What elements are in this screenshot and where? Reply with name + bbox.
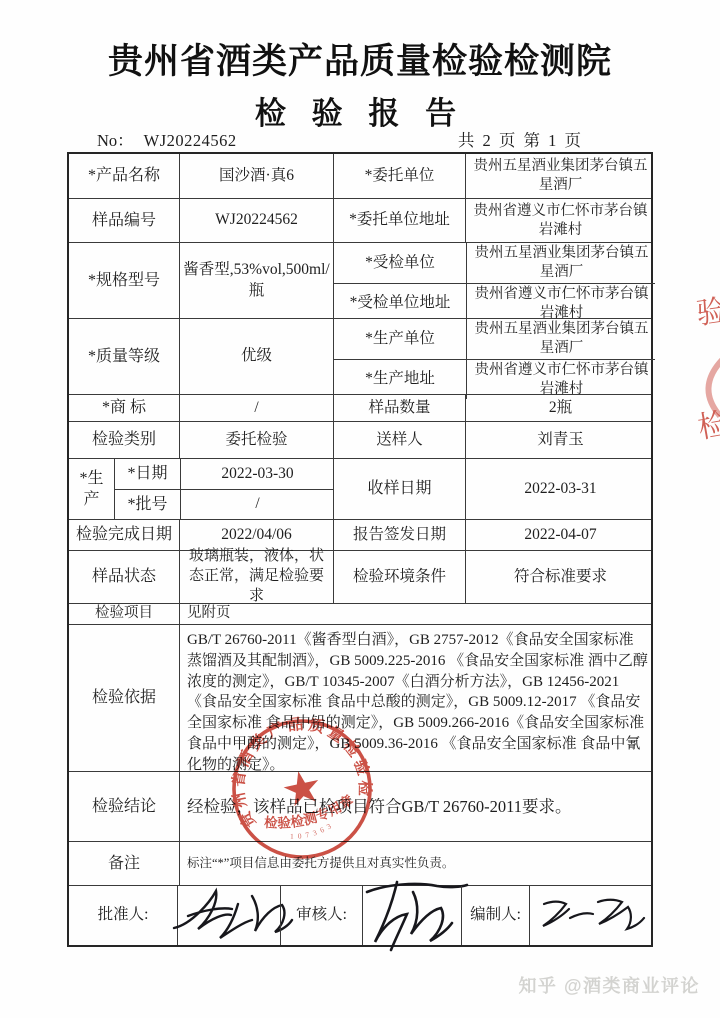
table-row: 样品编号 WJ20224562 *委托单位地址 贵州省遵义市仁怀市茅台镇岩滩村 — [69, 198, 651, 242]
production-batch-value: / — [180, 490, 334, 520]
inspected-addr-label: *受检单位地址 — [334, 284, 466, 324]
edge-stamp-char-top: 验 — [694, 294, 720, 331]
items-label: 检验项目 — [69, 604, 179, 624]
trademark-label: *商 标 — [69, 395, 179, 421]
category-label: 检验类别 — [69, 422, 179, 458]
conclusion-label: 检验结论 — [69, 772, 179, 841]
basis-label: 检验依据 — [69, 625, 179, 771]
client-addr-label: *委托单位地址 — [333, 199, 465, 242]
sender-label: 送样人 — [333, 422, 465, 458]
spec-label: *规格型号 — [69, 243, 179, 318]
received-label: 收样日期 — [333, 459, 465, 519]
issued-value: 2022-04-07 — [465, 520, 655, 550]
items-value: 见附页 — [179, 604, 655, 624]
trademark-value: / — [179, 395, 333, 421]
table-row: *商 标 / 样品数量 2瓶 — [69, 394, 651, 421]
table-row: 样品状态 玻璃瓶装，液体，状态正常，满足检验要求 检验环境条件 符合标准要求 — [69, 550, 651, 603]
category-value: 委托检验 — [179, 422, 333, 458]
page-count: 共 2 页 第 1 页 — [458, 127, 583, 151]
completed-value: 2022/04/06 — [179, 520, 333, 550]
production-date-label: *日期 — [115, 459, 180, 489]
report-no-label: No： — [97, 131, 134, 150]
table-row: *质量等级 优级 *生产单位 贵州五星酒业集团茅台镇五星酒厂 *生产地址 贵州省… — [69, 318, 651, 394]
client-label: *委托单位 — [333, 154, 465, 198]
reviewer-label: 审核人: — [280, 886, 362, 945]
table-row: *产品名称 国沙酒·真6 *委托单位 贵州五星酒业集团茅台镇五星酒厂 — [69, 154, 651, 198]
basis-value: GB/T 26760-2011《酱香型白酒》，GB 2757-2012《食品安全… — [179, 625, 655, 771]
sample-no-label: 样品编号 — [69, 199, 179, 242]
table-row: *生产 *日期 2022-03-30 *批号 / 收样日期 2022-03-31 — [69, 458, 651, 519]
table-row: 检验依据 GB/T 26760-2011《酱香型白酒》，GB 2757-2012… — [69, 624, 651, 771]
edge-stamp-arc — [708, 360, 720, 416]
report-no: No：WJ20224562 — [97, 127, 237, 151]
remark-label: 备注 — [69, 842, 179, 885]
quantity-label: 样品数量 — [333, 395, 465, 421]
production-label: *生产 — [69, 459, 114, 519]
production-stack: *日期 2022-03-30 *批号 / — [114, 459, 333, 519]
producer-addr-value: 贵州省遵义市仁怀市茅台镇岩滩村 — [466, 360, 656, 400]
grade-label: *质量等级 — [69, 319, 179, 394]
signature-row: 批准人: 审核人: 编制人: — [69, 885, 651, 945]
received-value: 2022-03-31 — [465, 459, 655, 519]
table-row: 检验项目 见附页 — [69, 603, 651, 624]
quantity-value: 2瓶 — [465, 395, 655, 421]
conclusion-value: 经检验，该样品已检项目符合GB/T 26760-2011要求。 — [179, 772, 655, 841]
approver-label: 批准人: — [69, 886, 177, 945]
sample-state-value: 玻璃瓶装，液体，状态正常，满足检验要求 — [179, 551, 333, 603]
reviewer-signature — [362, 886, 461, 945]
table-row: 检验结论 经检验，该样品已检项目符合GB/T 26760-2011要求。 — [69, 771, 651, 841]
inspected-unit-stack: *受检单位 贵州五星酒业集团茅台镇五星酒厂 *受检单位地址 贵州省遵义市仁怀市茅… — [333, 243, 655, 318]
compiler-label: 编制人: — [461, 886, 529, 945]
watermark: 知乎 @酒类商业评论 — [518, 972, 700, 998]
producer-stack: *生产单位 贵州五星酒业集团茅台镇五星酒厂 *生产地址 贵州省遵义市仁怀市茅台镇… — [333, 319, 655, 394]
table-row: 检验完成日期 2022/04/06 报告签发日期 2022-04-07 — [69, 519, 651, 550]
edge-stamp-char-bottom: 检 — [695, 407, 720, 445]
inspected-addr-value: 贵州省遵义市仁怀市茅台镇岩滩村 — [466, 284, 656, 324]
product-name-label: *产品名称 — [69, 154, 179, 198]
report-number-line: No：WJ20224562 共 2 页 第 1 页 — [67, 128, 653, 150]
table-row: 检验类别 委托检验 送样人 刘青玉 — [69, 421, 651, 458]
environment-value: 符合标准要求 — [465, 551, 655, 603]
sample-no-value: WJ20224562 — [179, 199, 333, 242]
inspected-value: 贵州五星酒业集团茅台镇五星酒厂 — [466, 243, 656, 283]
client-addr-value: 贵州省遵义市仁怀市茅台镇岩滩村 — [465, 199, 655, 242]
grade-value: 优级 — [179, 319, 333, 394]
sample-state-label: 样品状态 — [69, 551, 179, 603]
producer-value: 贵州五星酒业集团茅台镇五星酒厂 — [466, 319, 656, 359]
environment-label: 检验环境条件 — [333, 551, 465, 603]
report-table: *产品名称 国沙酒·真6 *委托单位 贵州五星酒业集团茅台镇五星酒厂 样品编号 … — [67, 152, 653, 947]
edge-stamp-fragment: 验 检 — [692, 288, 720, 468]
institute-title: 贵州省酒类产品质量检验检测院 — [0, 34, 720, 84]
table-row: *规格型号 酱香型,53%vol,500ml/瓶 *受检单位 贵州五星酒业集团茅… — [69, 242, 651, 318]
spec-value: 酱香型,53%vol,500ml/瓶 — [179, 243, 333, 318]
sender-value: 刘青玉 — [465, 422, 655, 458]
report-no-value: WJ20224562 — [144, 131, 237, 150]
production-date-value: 2022-03-30 — [180, 459, 334, 489]
completed-label: 检验完成日期 — [69, 520, 179, 550]
approver-signature — [177, 886, 280, 945]
client-value: 贵州五星酒业集团茅台镇五星酒厂 — [465, 154, 655, 198]
report-page: { "header": { "institute": "贵州省酒类产品质量检验检… — [0, 0, 720, 1018]
production-batch-label: *批号 — [115, 490, 180, 520]
inspected-label: *受检单位 — [334, 243, 466, 283]
producer-label: *生产单位 — [334, 319, 466, 359]
compiler-signature — [529, 886, 655, 945]
producer-addr-label: *生产地址 — [334, 360, 466, 400]
issued-label: 报告签发日期 — [333, 520, 465, 550]
product-name-value: 国沙酒·真6 — [179, 154, 333, 198]
